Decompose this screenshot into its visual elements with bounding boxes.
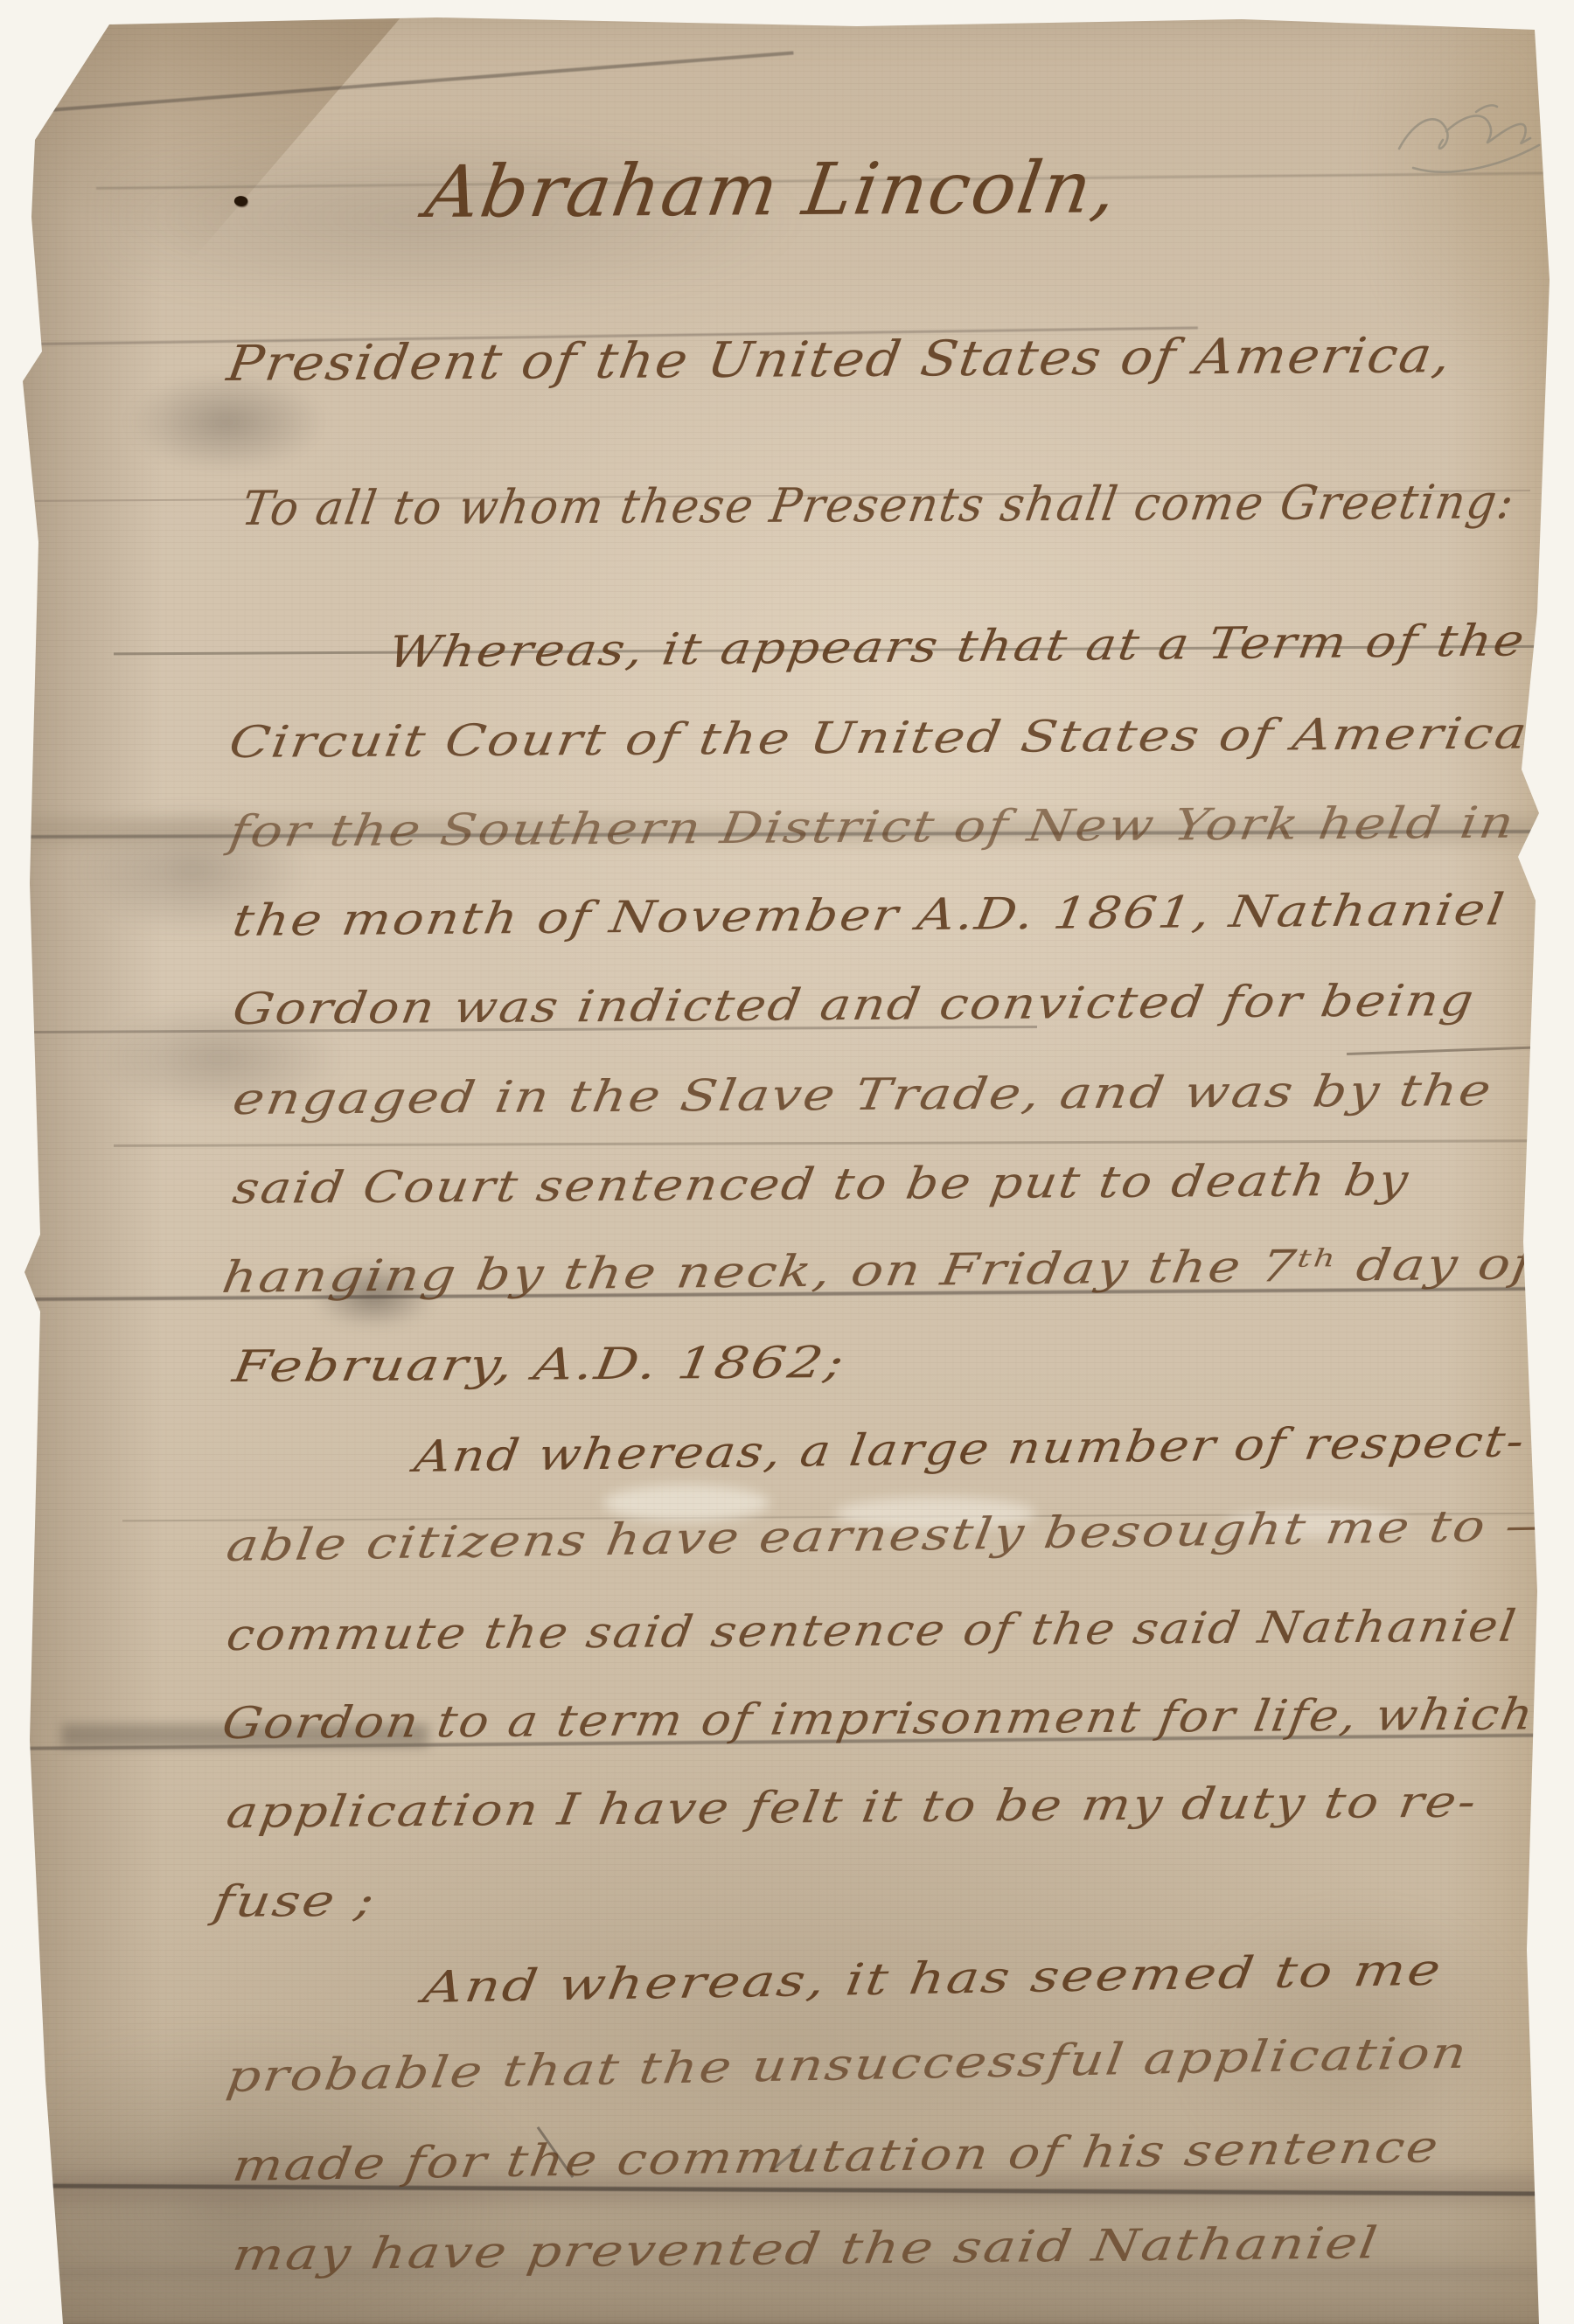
manuscript-line: Gordon to a term of imprisonment for lif… [219, 1687, 1538, 1750]
manuscript-line: the month of November A.D. 1861, Nathani… [229, 882, 1509, 948]
manuscript-line: Gordon was indicted and convicted for be… [229, 973, 1479, 1036]
manuscript-line: To all to whom these Presents shall come… [238, 472, 1519, 538]
manuscript-line: application I have felt it to be my duty… [223, 1774, 1481, 1840]
manuscript-line: may have prevented the said Nathaniel [229, 2216, 1382, 2282]
scan-background: Abraham Lincoln,President of the United … [0, 0, 1574, 2324]
manuscript-line: made for the commutation of his sentence [229, 2119, 1444, 2193]
parchment-page: Abraham Lincoln,President of the United … [0, 0, 1574, 2324]
manuscript-line: able citizens have earnestly besought me… [223, 1498, 1564, 1574]
manuscript-lines: Abraham Lincoln,President of the United … [0, 0, 1574, 2324]
manuscript-line: commute the said sentence of the said Na… [223, 1599, 1521, 1663]
manuscript-line: Circuit Court of the United States of Am… [226, 706, 1532, 770]
manuscript-line: Whereas, it appears that at a Term of th… [385, 613, 1529, 679]
manuscript-line: said Court sentenced to be put to death … [229, 1153, 1413, 1216]
manuscript-line: hanging by the neck, on Friday the 7ᵗʰ d… [219, 1236, 1538, 1305]
manuscript-line: engaged in the Slave Trade, and was by t… [229, 1063, 1496, 1127]
manuscript-line: Abraham Lincoln, [420, 143, 1124, 238]
manuscript-line: February, A.D. 1862; [229, 1335, 849, 1394]
manuscript-line: for the Southern District of New York he… [226, 796, 1519, 859]
manuscript-line: President of the United States of Americ… [223, 325, 1457, 395]
manuscript-line: And whereas, it has seemed to me [420, 1943, 1446, 2015]
pencil-scribble-mark [1392, 94, 1558, 191]
manuscript-line: probable that the unsuccessful applicati… [223, 2026, 1472, 2105]
manuscript-line: fuse ; [210, 1874, 380, 1930]
manuscript-line: And whereas, a large number of respect- [411, 1414, 1529, 1484]
